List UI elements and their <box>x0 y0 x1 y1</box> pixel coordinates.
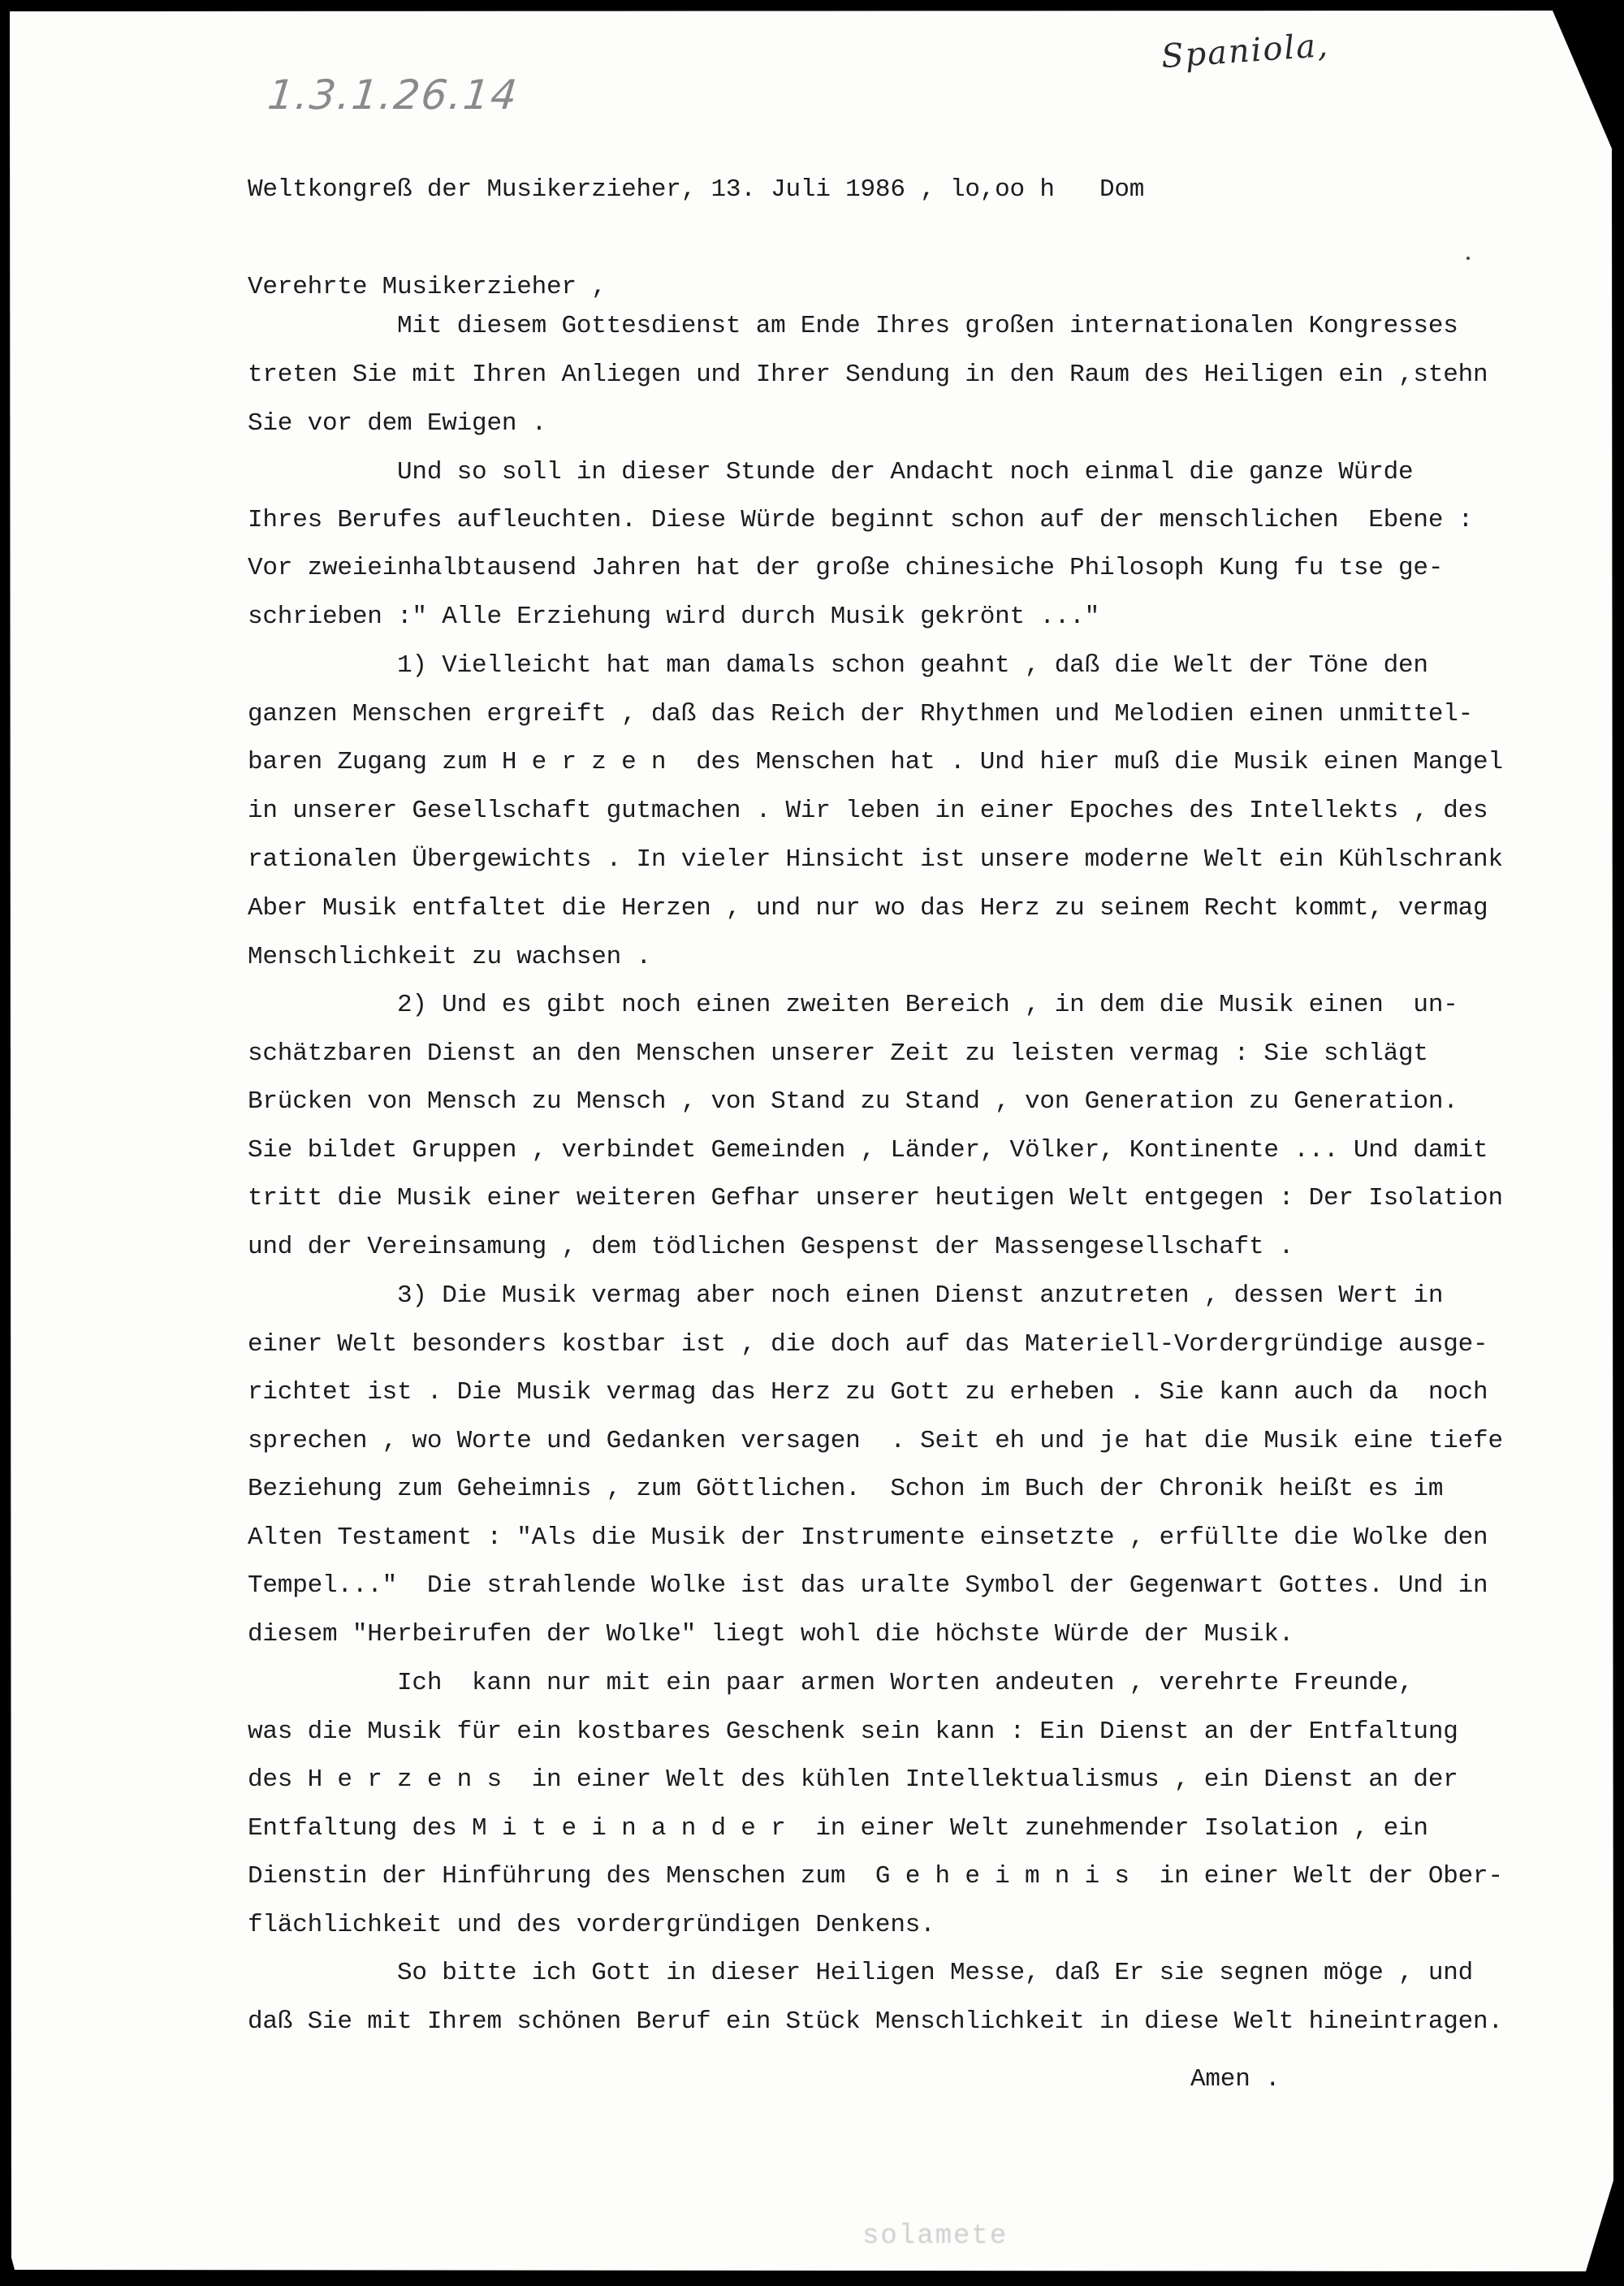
footer-stamp: solamete <box>862 2221 1008 2252</box>
document-title-line: Weltkongreß der Musikerzieher, 13. Juli … <box>248 177 1144 202</box>
body-line: Vor zweieinhalbtausend Jahren hat der gr… <box>248 555 1443 581</box>
body-line: Und so soll in dieser Stunde der Andacht… <box>248 460 1413 485</box>
body-line: So bitte ich Gott in dieser Heiligen Mes… <box>248 1960 1473 1986</box>
body-line: ganzen Menschen ergreift , daß das Reich… <box>248 702 1473 727</box>
body-line: Sie vor dem Ewigen . <box>248 411 546 436</box>
body-line: in unserer Gesellschaft gutmachen . Wir … <box>248 798 1488 823</box>
body-line: Alten Testament : "Als die Musik der Ins… <box>248 1525 1488 1550</box>
ink-speck <box>1466 257 1470 260</box>
body-line: sprechen , wo Worte und Gedanken versage… <box>248 1428 1503 1454</box>
body-line: Tempel..." Die strahlende Wolke ist das … <box>248 1573 1488 1598</box>
salutation: Verehrte Musikerzieher , <box>248 274 607 300</box>
body-line: 2) Und es gibt noch einen zweiten Bereic… <box>248 992 1458 1018</box>
body-line: Menschlichkeit zu wachsen . <box>248 944 651 970</box>
body-line: Ich kann nur mit ein paar armen Worten a… <box>248 1670 1413 1696</box>
body-line: richtet ist . Die Musik vermag das Herz … <box>248 1380 1488 1405</box>
body-line: Mit diesem Gottesdienst am Ende Ihres gr… <box>248 313 1458 339</box>
body-line: tritt die Musik einer weiteren Gefhar un… <box>248 1186 1503 1211</box>
body-line: rationalen Übergewichts . In vieler Hins… <box>248 847 1503 872</box>
closing-amen: Amen . <box>1190 2067 1280 2092</box>
body-line: Ihres Berufes aufleuchten. Diese Würde b… <box>248 508 1473 533</box>
body-line: einer Welt besonders kostbar ist , die d… <box>248 1332 1488 1357</box>
body-line: Entfaltung des M i t e i n a n d e r in … <box>248 1816 1428 1841</box>
body-line: 3) Die Musik vermag aber noch einen Dien… <box>248 1283 1443 1308</box>
body-line: 1) Vielleicht hat man damals schon geahn… <box>248 653 1428 678</box>
body-line: schrieben :" Alle Erziehung wird durch M… <box>248 604 1099 629</box>
body-line: Aber Musik entfaltet die Herzen , und nu… <box>248 896 1488 921</box>
body-line: des H e r z e n s in einer Welt des kühl… <box>248 1767 1458 1792</box>
body-line: diesem "Herbeirufen der Wolke" liegt woh… <box>248 1622 1294 1647</box>
document-page: 1.3.1.26.14 Spaniola, Weltkongreß der Mu… <box>0 0 1624 2286</box>
body-line: baren Zugang zum H e r z e n des Mensche… <box>248 750 1503 775</box>
body-line: daß Sie mit Ihrem schönen Beruf ein Stüc… <box>248 2009 1503 2034</box>
handwritten-signature: Spaniola, <box>1160 27 1331 76</box>
body-line: Beziehung zum Geheimnis , zum Göttlichen… <box>248 1476 1443 1502</box>
body-line: was die Musik für ein kostbares Geschenk… <box>248 1719 1458 1744</box>
body-line: Sie bildet Gruppen , verbindet Gemeinden… <box>248 1138 1488 1163</box>
body-line: und der Vereinsamung , dem tödlichen Ges… <box>248 1234 1294 1260</box>
body-line: treten Sie mit Ihren Anliegen und Ihrer … <box>248 362 1488 387</box>
body-line: flächlichkeit und des vordergründigen De… <box>248 1912 935 1938</box>
body-line: Brücken von Mensch zu Mensch , von Stand… <box>248 1089 1458 1114</box>
body-line: Dienstin der Hinführung des Menschen zum… <box>248 1864 1503 1889</box>
body-line: schätzbaren Dienst an den Menschen unser… <box>248 1041 1428 1066</box>
archive-number-annotation: 1.3.1.26.14 <box>266 71 520 119</box>
